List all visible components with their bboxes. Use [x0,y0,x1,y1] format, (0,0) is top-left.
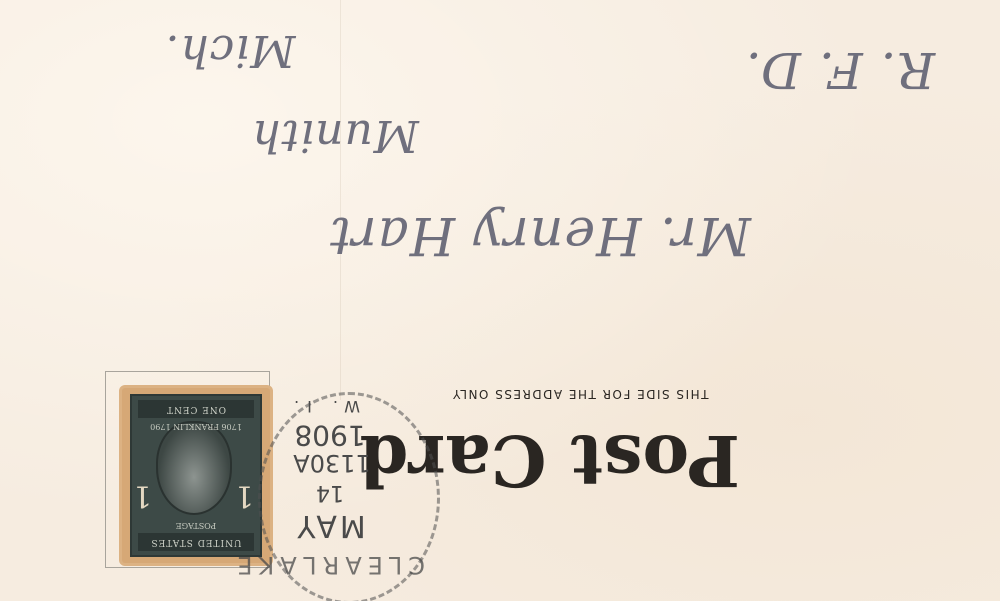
postmark-day: 14 [300,478,360,506]
stamp-bottom-text: ONE CENT [138,400,254,418]
address-state: Mich. [150,20,310,80]
address-recipient: Mr. Henry Hart [300,195,780,275]
stamp-engraving: UNITED STATES POSTAGE 1 1 1706 FRANKLIN … [130,394,262,557]
postmark-state: W. I. [290,395,360,417]
postmark-town: CLEARLAKE [265,540,425,590]
stamp-value-left: 1 [240,475,254,515]
postmark-year: 1908 [285,418,375,452]
postcard-subtitle: THIS SIDE FOR THE ADDRESS ONLY [420,384,740,404]
postmark-time: 1130A [292,448,372,478]
address-city: Munith [210,105,460,165]
postmark-month: MAY [285,505,375,545]
postage-stamp: UNITED STATES POSTAGE 1 1 1706 FRANKLIN … [122,388,270,563]
address-route: R. F. D. [740,35,940,105]
stamp-portrait-label: 1706 FRANKLIN 1790 [138,420,254,432]
portrait-icon [156,421,232,515]
postcard-back: R. F. D. Mr. Henry Hart Munith Mich. THI… [0,0,1000,601]
stamp-value-right: 1 [138,475,152,515]
stamp-sub-text: POSTAGE [138,519,254,531]
stamp-top-text: UNITED STATES [138,533,254,551]
postcard-title: Post Card [440,410,740,510]
